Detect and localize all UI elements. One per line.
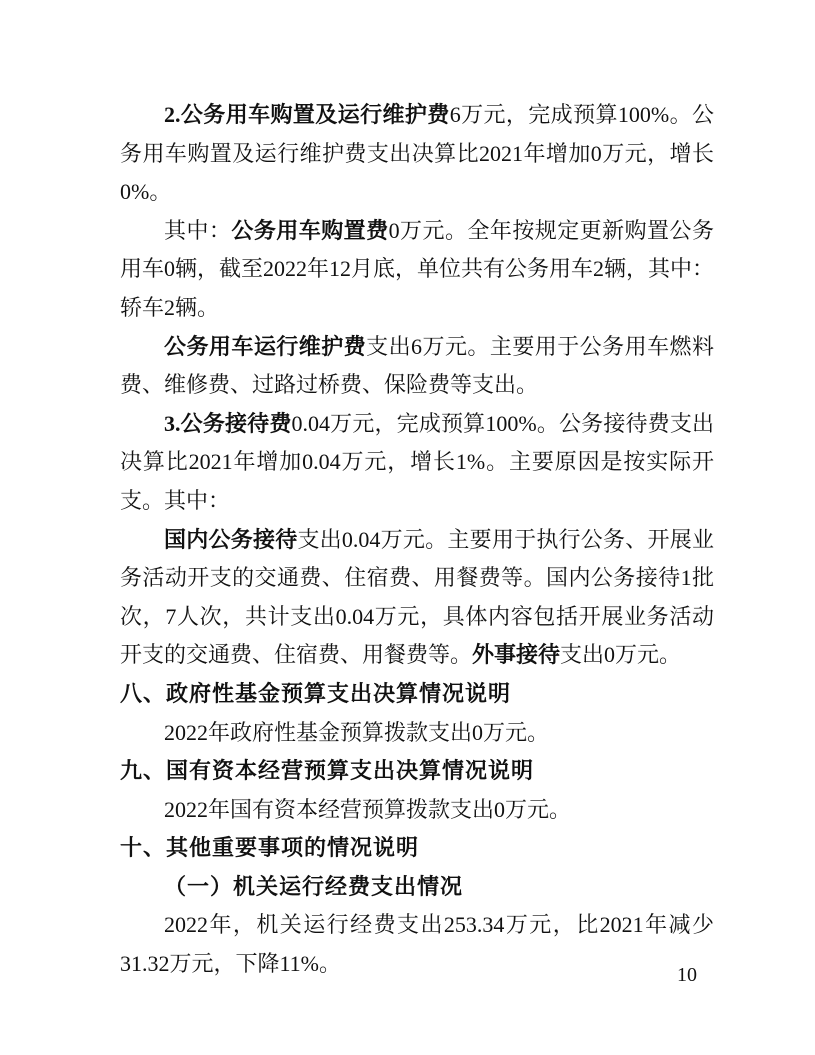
text-run: 支出0万元。: [560, 642, 681, 667]
bold-run-domestic-reception: 国内公务接待: [164, 527, 297, 552]
paragraph-vehicle-purchase: 其中：公务用车购置费0万元。全年按规定更新购置公务用车0辆，截至2022年12月…: [120, 212, 714, 328]
bold-run-vehicle-purchase: 公务用车购置费: [231, 218, 388, 243]
page-number: 10: [677, 962, 697, 988]
paragraph-state-capital-expense: 2022年国有资本经营预算拨款支出0万元。: [120, 791, 714, 830]
document-body: 2.公务用车购置及运行维护费6万元，完成预算100%。公务用车购置及运行维护费支…: [120, 96, 714, 984]
paragraph-official-vehicle-total: 2.公务用车购置及运行维护费6万元，完成预算100%。公务用车购置及运行维护费支…: [120, 96, 714, 212]
heading-section-9-state-capital: 九、国有资本经营预算支出决算情况说明: [120, 752, 714, 791]
text-run: 其中：: [164, 218, 231, 243]
bold-run-vehicle-operation: 公务用车运行维护费: [164, 334, 366, 359]
bold-run-reception-fee: 3.公务接待费: [164, 411, 292, 436]
heading-section-10-other-matters: 十、其他重要事项的情况说明: [120, 829, 714, 868]
paragraph-govt-fund-expense: 2022年政府性基金预算拨款支出0万元。: [120, 714, 714, 753]
document-page: 2.公务用车购置及运行维护费6万元，完成预算100%。公务用车购置及运行维护费支…: [0, 0, 815, 1055]
bold-run-vehicle-total: 2.公务用车购置及运行维护费: [164, 102, 450, 127]
bold-run-foreign-reception: 外事接待: [472, 642, 560, 667]
paragraph-official-reception: 3.公务接待费0.04万元，完成预算100%。公务接待费支出决算比2021年增加…: [120, 405, 714, 521]
paragraph-vehicle-operation: 公务用车运行维护费支出6万元。主要用于公务用车燃料费、维修费、过路过桥费、保险费…: [120, 328, 714, 405]
paragraph-domestic-reception: 国内公务接待支出0.04万元。主要用于执行公务、开展业务活动开支的交通费、住宿费…: [120, 521, 714, 675]
heading-section-8-govt-fund: 八、政府性基金预算支出决算情况说明: [120, 675, 714, 714]
paragraph-agency-operating-cost: 2022年，机关运行经费支出253.34万元，比2021年减少31.32万元，下…: [120, 906, 714, 983]
subheading-agency-operating-cost: （一）机关运行经费支出情况: [120, 868, 714, 907]
